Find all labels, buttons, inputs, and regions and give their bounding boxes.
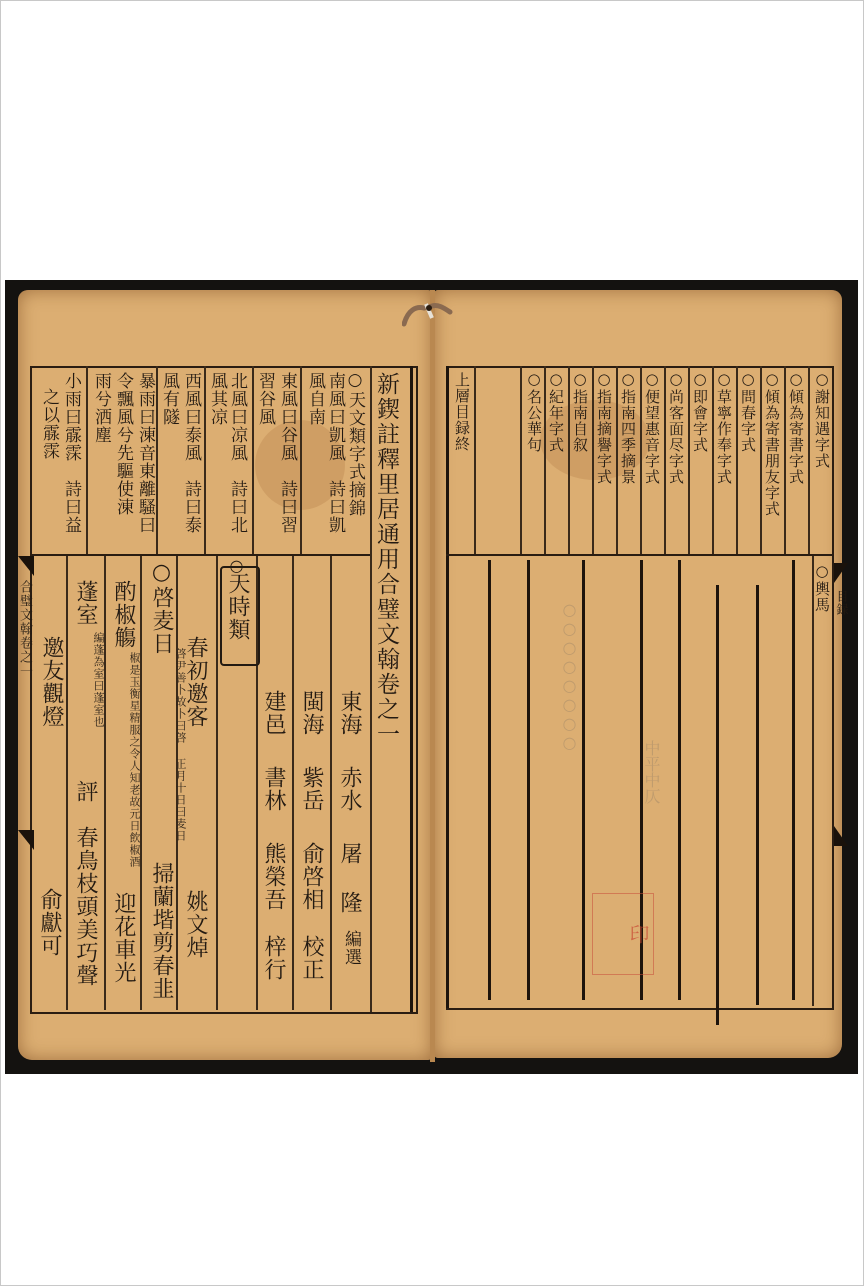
poem-line-1-note: 啓尹善卜故卜曰啓 正月十日曰麦日 bbox=[162, 648, 186, 842]
poem-line-3-note: 編蓬為室曰蓬室也 bbox=[80, 632, 104, 728]
red-seal-stamp: 印 bbox=[592, 893, 654, 975]
toc-item: ○名公華句 bbox=[526, 370, 541, 453]
editor-style-name: 書林 bbox=[262, 766, 284, 812]
editor-place: 東海 bbox=[338, 690, 360, 736]
book-title: 新鍥註釋里居通用合璧文翰卷之一 bbox=[374, 372, 397, 747]
editor-role: 編選 bbox=[342, 930, 359, 966]
upper-col-10: 暴雨曰涷音東離騷曰 bbox=[136, 372, 153, 534]
column-rule bbox=[544, 366, 546, 554]
upper-col-7: 風其凉 bbox=[208, 372, 225, 426]
upper-col-14: 之以霡霂 bbox=[40, 388, 57, 460]
column-rule bbox=[86, 366, 88, 554]
poem-line-1-main: ○啓麦日 bbox=[150, 560, 172, 655]
toc-item: ○草寧作奉字式 bbox=[716, 370, 731, 485]
toc-item-lower: ○輿馬 bbox=[814, 562, 829, 613]
column-rule bbox=[792, 560, 795, 1000]
poem-line-2-note: 椒是玉衡星精服之令人知老故元日飲椒酒 bbox=[118, 652, 140, 868]
upper-col-2: 南風曰凱風 詩曰凱 bbox=[326, 372, 343, 534]
upper-col-13: 小雨曰霡霂 詩曰益 bbox=[62, 372, 79, 534]
poem-line-4-tail: 俞獻可 bbox=[38, 888, 60, 957]
bleed-through-text: ○○○○○○○○ bbox=[560, 600, 579, 752]
toc-item: ○即會字式 bbox=[692, 370, 707, 453]
column-rule bbox=[582, 560, 585, 1000]
toc-item: ○指南自叙 bbox=[572, 370, 587, 453]
column-rule bbox=[216, 556, 218, 1010]
column-rule bbox=[568, 366, 570, 554]
column-rule bbox=[330, 556, 332, 1010]
upper-col-5: 習谷風 bbox=[256, 372, 273, 426]
column-rule bbox=[527, 560, 530, 1000]
upper-col-11: 令飄風兮先驅使涷 bbox=[114, 372, 131, 516]
fish-tail-mark-icon bbox=[18, 556, 34, 576]
toc-item: ○傾為寄書朋友字式 bbox=[764, 370, 779, 517]
editor-name: 熊榮吾 bbox=[262, 842, 284, 911]
margin-label: 合璧文翰卷之一 bbox=[18, 580, 31, 678]
left-outer-rule bbox=[410, 366, 413, 1012]
upper-col-8: 西風曰泰風 詩曰泰 bbox=[182, 372, 199, 534]
toc-item: ○謝知遇字式 bbox=[814, 370, 829, 469]
binding-thread-icon bbox=[402, 300, 454, 328]
column-rule bbox=[688, 366, 690, 554]
column-rule bbox=[784, 366, 786, 554]
fish-tail-mark-icon bbox=[834, 563, 848, 583]
column-rule bbox=[474, 366, 476, 554]
upper-col-9: 風有隧 bbox=[160, 372, 177, 426]
editor-style-name: 赤水 bbox=[338, 766, 360, 812]
editor-name: 屠 隆 bbox=[338, 842, 360, 914]
upper-col-12: 雨兮洒塵 bbox=[92, 372, 109, 444]
column-rule bbox=[640, 366, 642, 554]
toc-item: ○尚客面尽字式 bbox=[668, 370, 683, 485]
column-rule bbox=[300, 366, 302, 554]
poem-line-3-tail: 評 春鳥枝頭美巧聲 bbox=[74, 780, 96, 987]
editor-name: 俞啓相 bbox=[300, 842, 322, 911]
fish-tail-mark-icon bbox=[18, 830, 34, 850]
column-rule bbox=[812, 556, 814, 1006]
fish-tail-mark-icon bbox=[834, 826, 848, 846]
toc-end-header: 上層目録終 bbox=[454, 372, 469, 452]
poem-line-2-main: 酌椒觴 bbox=[112, 580, 134, 649]
bleed-through-text: 中平中仄 bbox=[640, 740, 663, 804]
column-rule bbox=[592, 366, 594, 554]
poem-title: 春初邀客 bbox=[184, 636, 206, 728]
register-divider bbox=[30, 554, 370, 556]
toc-item: ○指南四季摘景 bbox=[620, 370, 635, 485]
margin-label-right: 目録 bbox=[836, 590, 848, 616]
column-rule bbox=[808, 366, 810, 554]
toc-item: ○問春字式 bbox=[740, 370, 755, 453]
poem-line-4-main: 邀友觀燈 bbox=[40, 636, 62, 728]
column-rule bbox=[66, 556, 68, 1010]
register-divider bbox=[446, 554, 832, 556]
column-rule bbox=[760, 366, 762, 554]
toc-item: ○紀年字式 bbox=[548, 370, 563, 453]
toc-item: ○傾為寄書字式 bbox=[788, 370, 803, 485]
column-rule bbox=[712, 366, 714, 554]
column-rule bbox=[252, 366, 254, 554]
editor-place: 建邑 bbox=[262, 690, 284, 736]
editor-style-name: 紫岳 bbox=[300, 766, 322, 812]
upper-col-1: ○天文類字式摘錦 bbox=[346, 370, 363, 517]
column-rule bbox=[370, 366, 372, 1012]
category-heading: 天時類 bbox=[226, 572, 248, 641]
column-rule bbox=[616, 366, 618, 554]
upper-col-4: 東風曰谷風 詩曰習 bbox=[278, 372, 295, 534]
toc-item: ○指南摘譽字式 bbox=[596, 370, 611, 485]
column-rule bbox=[488, 560, 491, 1000]
column-rule bbox=[716, 585, 719, 1025]
column-rule bbox=[664, 366, 666, 554]
column-rule bbox=[736, 366, 738, 554]
column-rule bbox=[292, 556, 294, 1010]
upper-col-3: 風自南 bbox=[306, 372, 323, 426]
toc-item: ○便望惠音字式 bbox=[644, 370, 659, 485]
poem-author: 姚文焯 bbox=[184, 890, 206, 959]
column-rule bbox=[520, 366, 522, 554]
column-rule bbox=[204, 366, 206, 554]
editor-role: 校正 bbox=[300, 935, 322, 981]
editor-place: 閩海 bbox=[300, 690, 322, 736]
editor-role: 梓行 bbox=[262, 935, 284, 981]
column-rule bbox=[104, 556, 106, 1010]
column-rule bbox=[156, 366, 158, 554]
poem-line-1-tail: 掃蘭堦剪春韭 bbox=[150, 862, 172, 1000]
column-rule bbox=[756, 585, 759, 1005]
poem-line-2-tail: 迎花車光 bbox=[112, 892, 134, 984]
column-rule bbox=[678, 560, 681, 1000]
book-spine bbox=[430, 290, 435, 1062]
right-outer-rule bbox=[446, 366, 449, 1008]
poem-line-3-main: 蓬室 bbox=[74, 580, 96, 626]
upper-col-6: 北風曰凉風 詩曰北 bbox=[228, 372, 245, 534]
